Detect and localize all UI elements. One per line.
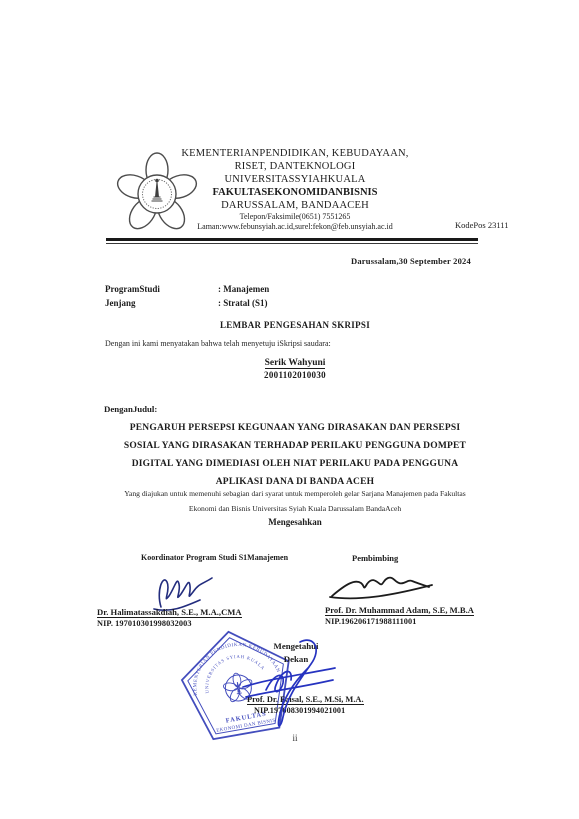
letterhead-rule-thin [106, 243, 478, 244]
purpose-line-1: Yang diajukan untuk memenuhi sebagian da… [80, 486, 510, 501]
student-name-text: Serik Wahyuni [265, 358, 326, 369]
level-value: : Stratal (S1) [218, 298, 268, 308]
thesis-title: PENGARUH PERSEPSI KEGUNAAN YANG DIRASAKA… [70, 419, 520, 491]
postal-code: KodePos 23111 [455, 220, 508, 230]
ministry-line-1: KEMENTERIANPENDIDIKAN, KEBUDAYAAN, [85, 147, 505, 160]
letterhead-address: DARUSSALAM, BANDAACEH [85, 199, 505, 212]
letterhead: KEMENTERIANPENDIDIKAN, KEBUDAYAAN, RISET… [85, 147, 505, 232]
thesis-title-line-2: SOSIAL YANG DIRASAKAN TERHADAP PERILAKU … [70, 437, 520, 455]
advisor-signature [328, 573, 434, 601]
advisor-signature-icon [328, 573, 434, 601]
advisor-role: Pembimbing [352, 553, 398, 563]
university-name: UNIVERSITASSYIAHKUALA [85, 173, 505, 186]
approval-statement: Dengan ini kami menyatakan bahwa telah m… [105, 339, 331, 348]
student-name: Serik Wahyuni [85, 358, 505, 368]
dean-signature [238, 637, 340, 733]
scanned-document-page: KEMENTERIANPENDIDIKAN, KEBUDAYAAN, RISET… [0, 0, 579, 819]
dean-signature-icon [238, 637, 340, 733]
page-title: LEMBAR PENGESAHAN SKRIPSI [85, 320, 505, 330]
program-value: : Manajemen [218, 284, 269, 294]
thesis-title-line-1: PENGARUH PERSEPSI KEGUNAAN YANG DIRASAKA… [70, 419, 520, 437]
student-nim: 2001102010030 [85, 370, 505, 380]
level-label: Jenjang [105, 298, 136, 308]
title-label: DenganJudul: [104, 404, 157, 414]
letterhead-phone: Telepon/Faksimile(0651) 7551265 [85, 212, 505, 222]
coordinator-signature-icon [152, 566, 216, 612]
program-label: ProgramStudi [105, 284, 160, 294]
purpose-line-2: Ekonomi dan Bisnis Universitas Syiah Kua… [80, 501, 510, 516]
advisor-name: Prof. Dr. Muhammad Adam, S.E, M.B.A [325, 605, 474, 616]
faculty-name: FAKULTASEKONOMIDANBISNIS [85, 186, 505, 199]
approval-heading: Mengesahkan [85, 517, 505, 527]
coordinator-role: Koordinator Program Studi S1Manajemen [141, 553, 288, 562]
coordinator-name: Dr. Halimatassakdiah, S.E., M.A.,CMA [97, 607, 242, 618]
coordinator-nip: NIP. 197010301998032003 [97, 619, 192, 628]
ministry-line-2: RISET, DANTEKNOLOGI [85, 160, 505, 173]
letterhead-rule-thick [106, 238, 478, 241]
advisor-nip: NIP.196206171988111001 [325, 617, 417, 626]
letterhead-contact: Laman:www.febunsyiah.ac.id,surel:fekon@f… [85, 222, 505, 232]
purpose-statement: Yang diajukan untuk memenuhi sebagian da… [80, 486, 510, 516]
coordinator-signature [152, 566, 216, 612]
date-line: Darussalam,30 September 2024 [351, 256, 471, 266]
thesis-title-line-3: DIGITAL YANG DIMEDIASI OLEH NIAT PERILAK… [70, 455, 520, 473]
